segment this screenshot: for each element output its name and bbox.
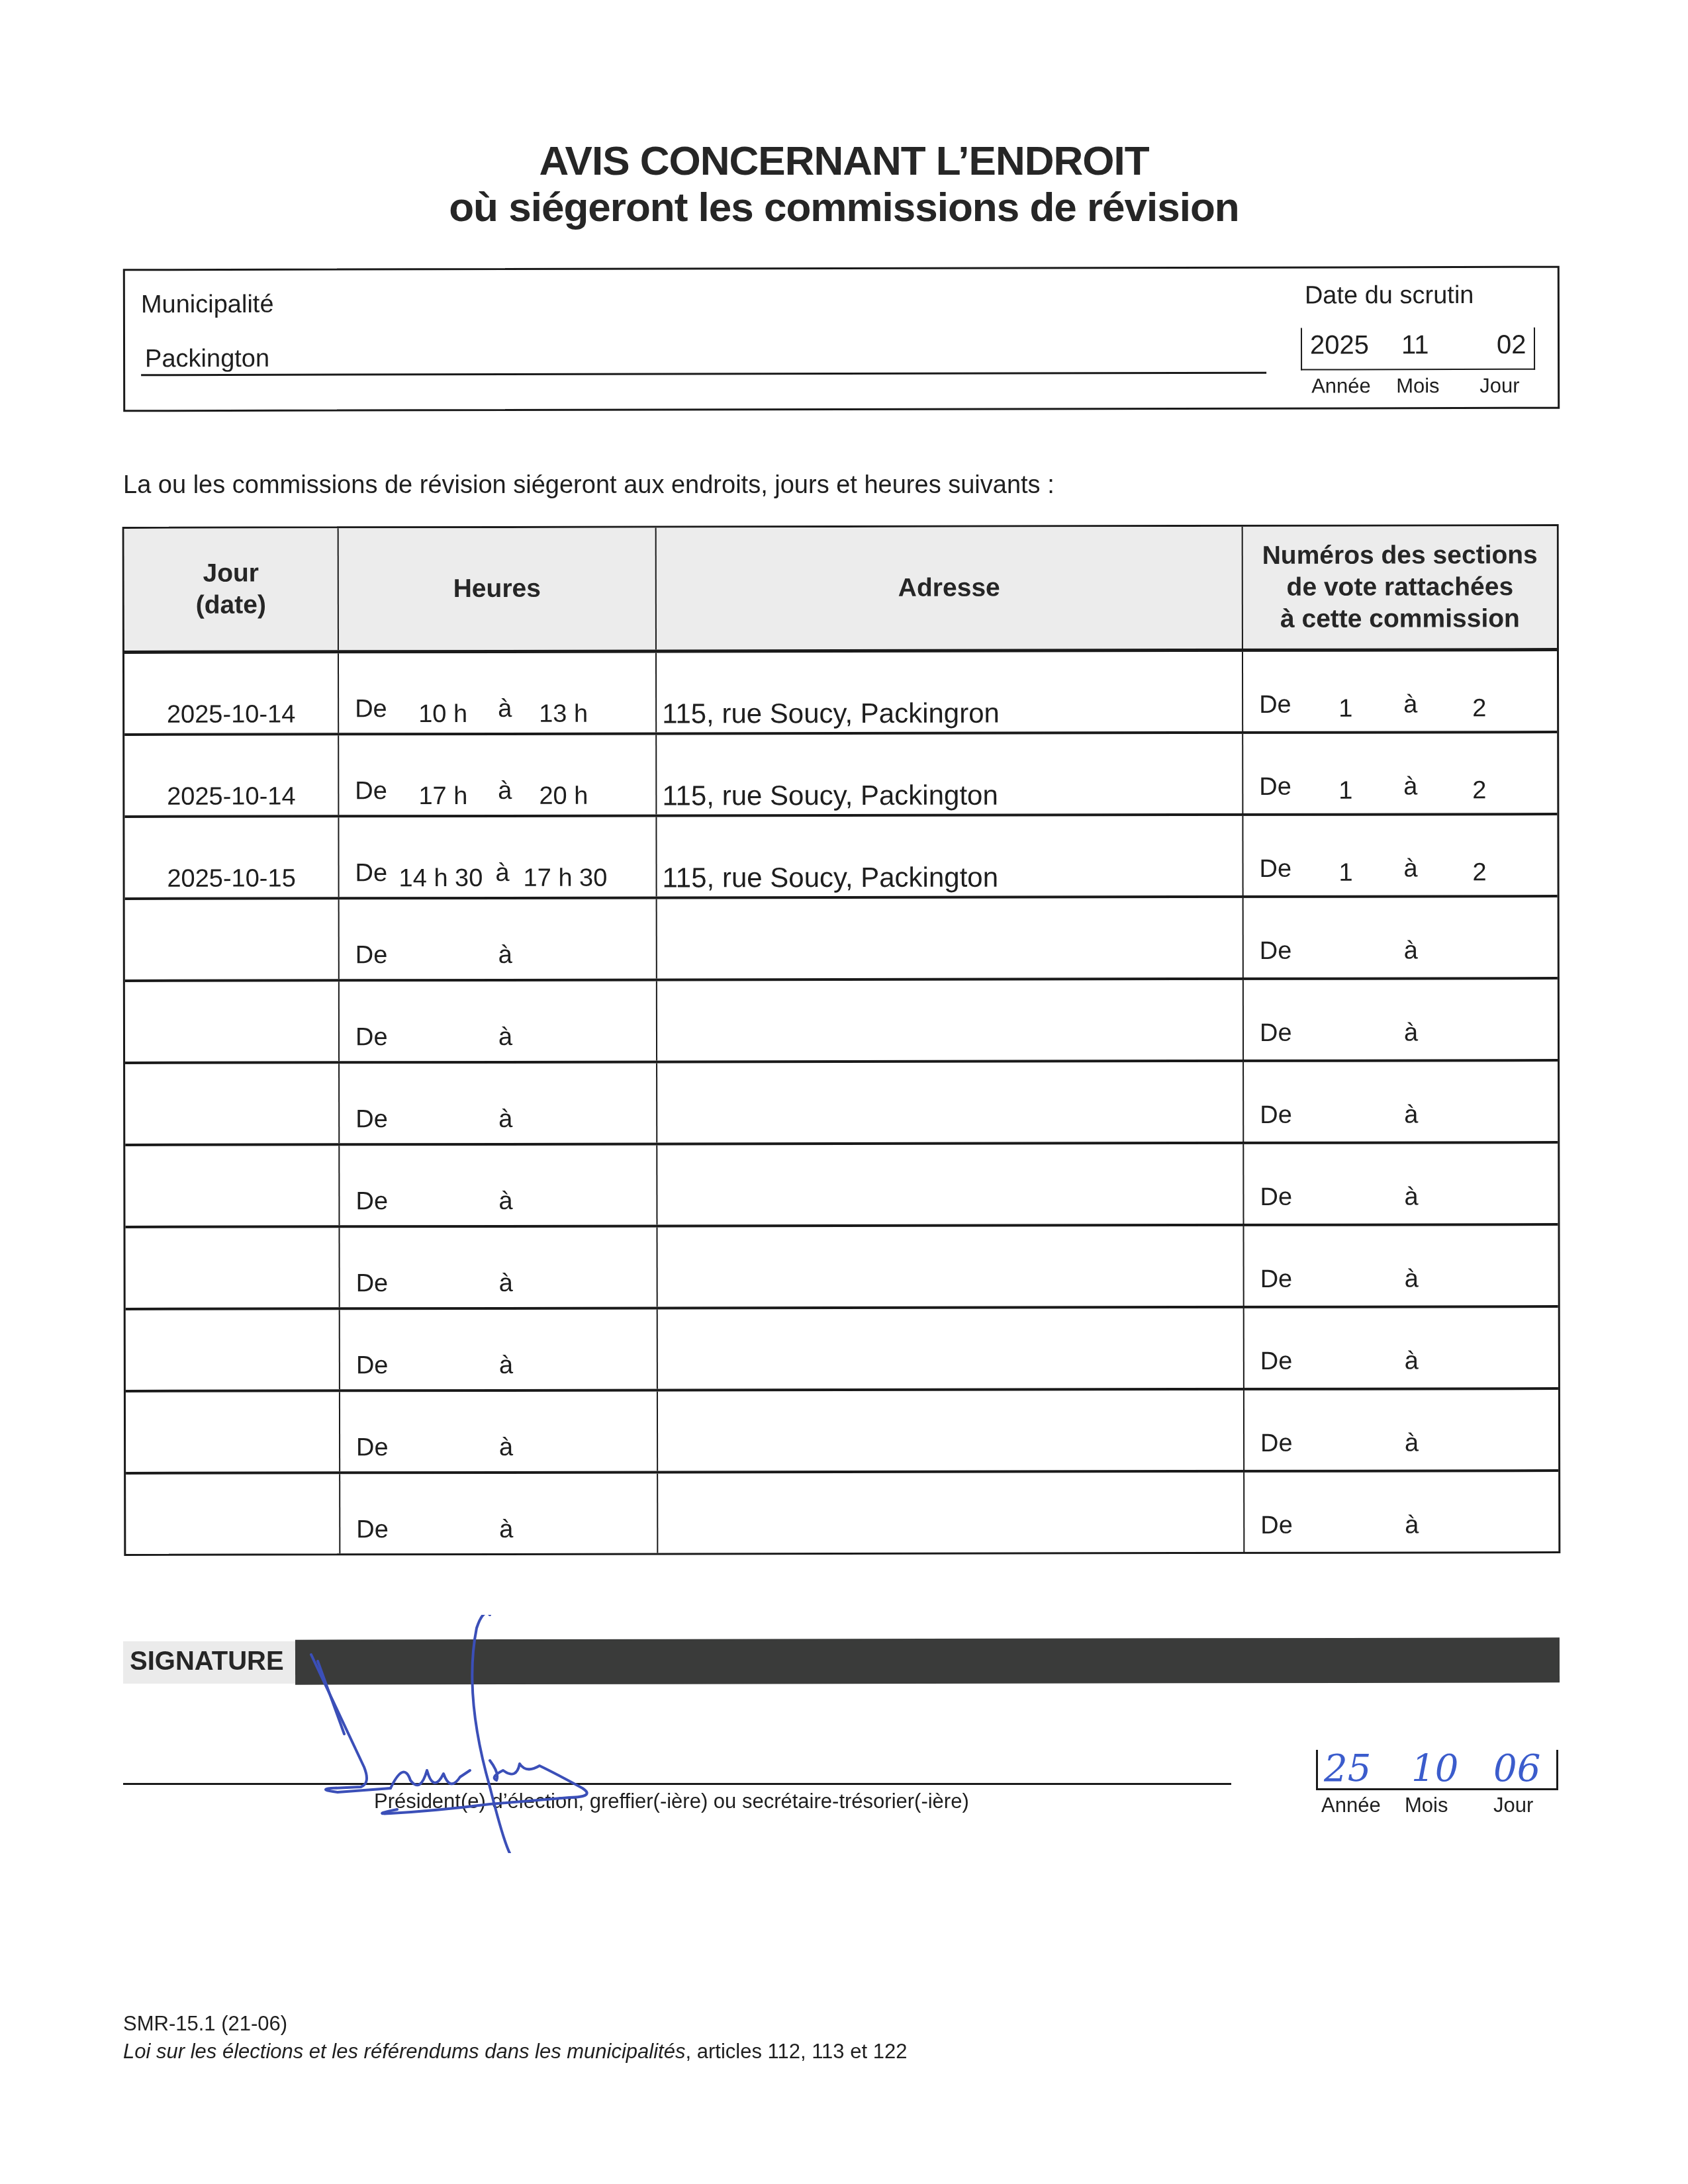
hours-to-label: à — [498, 777, 512, 805]
sections-cell[interactable]: De à — [1243, 1062, 1558, 1142]
address-cell[interactable] — [657, 1390, 1243, 1471]
signed-month-caption: Mois — [1405, 1794, 1448, 1817]
date-cell[interactable] — [126, 1474, 339, 1554]
hours-to-label: à — [498, 1023, 512, 1052]
municipality-label: Municipalité — [141, 291, 274, 319]
address-cell[interactable]: 115, rue Soucy, Packington — [655, 734, 1242, 815]
sections-to-label: à — [1404, 854, 1418, 883]
header-sections-line1: Numéros des sections — [1262, 539, 1538, 572]
address-cell[interactable]: 115, rue Soucy, Packingron — [655, 652, 1242, 733]
date-cell[interactable]: 2025-10-15 — [124, 817, 338, 897]
table-row: De à De à — [126, 1305, 1558, 1390]
date-value: 2025-10-15 — [125, 864, 338, 893]
table-row: 2025-10-14 De 10 h à 13 h 115, rue Soucy… — [124, 648, 1557, 733]
sections-cell[interactable]: De à — [1243, 1308, 1558, 1388]
hours-from-value: 14 h 30 — [399, 864, 483, 893]
hours-to-value: 20 h — [539, 782, 588, 811]
hours-to-label: à — [498, 941, 512, 970]
date-value — [125, 1057, 338, 1058]
election-day-caption: Jour — [1479, 374, 1519, 398]
hours-from-label: De — [355, 695, 387, 723]
date-value — [125, 1221, 338, 1222]
signed-year-caption: Année — [1321, 1794, 1381, 1817]
sections-to-label: à — [1405, 1265, 1419, 1293]
hours-cell[interactable]: De à — [339, 1473, 657, 1553]
election-day: 02 — [1497, 330, 1526, 360]
hours-to-label: à — [496, 859, 510, 887]
election-date-label: Date du scrutin — [1305, 281, 1474, 310]
sections-from-label: De — [1260, 1265, 1293, 1294]
table-header: Jour(date) Heures Adresse Numéros des se… — [124, 526, 1557, 651]
sections-cell[interactable]: De à — [1243, 897, 1558, 978]
date-value — [125, 975, 338, 976]
sections-to-label: à — [1404, 1101, 1418, 1129]
header-hours: Heures — [338, 527, 655, 650]
sections-to-label: à — [1404, 1183, 1418, 1211]
sections-from-label: De — [1260, 1101, 1292, 1130]
address-value: 115, rue Soucy, Packingron — [662, 698, 1000, 730]
signed-day: 06 — [1493, 1747, 1540, 1790]
sections-to-label: à — [1404, 936, 1418, 965]
hours-from-value: 17 h — [418, 782, 467, 811]
hours-cell[interactable]: De à — [338, 981, 656, 1061]
hours-to-value: 17 h 30 — [524, 864, 608, 893]
table-row: De à De à — [125, 1223, 1558, 1308]
sections-cell[interactable]: De à — [1243, 1472, 1558, 1552]
sections-cell[interactable]: De à — [1243, 1144, 1558, 1224]
law-articles: , articles 112, 113 et 122 — [685, 2040, 907, 2063]
table-row: De à De à — [125, 977, 1558, 1062]
date-value — [125, 1139, 338, 1140]
hours-from-label: De — [356, 1269, 389, 1298]
sections-cell[interactable]: De à — [1243, 1390, 1558, 1470]
signed-month: 10 — [1411, 1747, 1458, 1790]
address-cell[interactable] — [656, 1226, 1243, 1307]
hours-to-label: à — [499, 1433, 513, 1462]
hours-from-label: De — [355, 859, 388, 887]
sections-from-label: De — [1260, 855, 1292, 884]
address-cell[interactable] — [656, 1062, 1243, 1143]
handwritten-signature — [291, 1615, 715, 1853]
address-cell[interactable]: 115, rue Soucy, Packington — [655, 816, 1242, 897]
table-row: De à De à — [125, 1059, 1558, 1144]
sections-to-label: à — [1403, 772, 1417, 801]
hours-to-label: à — [499, 1516, 513, 1544]
address-value: 115, rue Soucy, Packington — [662, 780, 998, 812]
table-row: 2025-10-15 De 14 h 30 à 17 h 30 115, rue… — [124, 813, 1557, 897]
hours-cell[interactable]: De à — [339, 1391, 657, 1471]
date-cell[interactable]: 2025-10-14 — [124, 735, 338, 815]
document-subtitle: où siégeront les commissions de révision — [0, 184, 1688, 231]
signature-label: SIGNATURE — [130, 1647, 284, 1676]
sections-from-label: De — [1260, 1183, 1292, 1212]
date-value — [126, 1467, 339, 1468]
election-date-field[interactable]: 2025 11 02 — [1301, 328, 1535, 371]
sections-to-value: 2 — [1472, 694, 1486, 723]
date-value — [126, 1385, 339, 1386]
hours-cell[interactable]: De 17 h à 20 h — [338, 735, 655, 815]
hours-cell[interactable]: De à — [338, 1063, 656, 1143]
date-cell[interactable] — [125, 1064, 338, 1144]
sections-from-label: De — [1260, 1347, 1293, 1376]
sections-cell[interactable]: De à — [1243, 979, 1558, 1060]
date-cell[interactable]: 2025-10-14 — [124, 653, 338, 733]
hours-from-label: De — [356, 1433, 389, 1462]
header-address: Adresse — [655, 527, 1242, 650]
sections-from-label: De — [1260, 1019, 1292, 1048]
law-reference: Loi sur les élections et les référendums… — [123, 2040, 907, 2064]
hours-to-label: à — [499, 1351, 513, 1380]
intro-text: La ou les commissions de révision siéger… — [123, 471, 1055, 500]
address-cell[interactable] — [656, 1144, 1243, 1225]
date-value — [126, 1549, 339, 1550]
date-value: 2025-10-14 — [124, 782, 338, 811]
hours-to-label: à — [498, 1105, 512, 1134]
election-year: 2025 — [1310, 330, 1369, 360]
signed-day-caption: Jour — [1493, 1794, 1533, 1817]
address-value: 115, rue Soucy, Packington — [663, 862, 999, 894]
law-title: Loi sur les élections et les référendums… — [123, 2040, 685, 2063]
table-row: De à De à — [126, 1387, 1558, 1472]
municipality-underline — [141, 372, 1266, 377]
hours-to-label: à — [498, 1187, 512, 1216]
header-date-line2: (date) — [196, 590, 266, 621]
table-body: 2025-10-14 De 10 h à 13 h 115, rue Soucy… — [124, 648, 1558, 1554]
document-title: AVIS CONCERNANT L’ENDROIT — [0, 138, 1688, 185]
hours-cell[interactable]: De à — [338, 1227, 656, 1307]
hours-from-value: 10 h — [418, 700, 467, 729]
sections-to-label: à — [1405, 1347, 1419, 1375]
hours-cell[interactable]: De 14 h 30 à 17 h 30 — [338, 817, 655, 897]
hours-from-label: De — [355, 1023, 388, 1052]
date-cell[interactable] — [125, 899, 338, 979]
hours-to-label: à — [499, 1269, 513, 1298]
signed-year: 25 — [1324, 1747, 1371, 1790]
sections-from-label: De — [1259, 691, 1291, 719]
sections-to-label: à — [1405, 1511, 1419, 1539]
sections-cell[interactable]: De 1 à 2 — [1242, 815, 1557, 895]
address-cell[interactable] — [657, 1473, 1243, 1553]
header-sections-line2: de vote rattachées — [1262, 571, 1538, 604]
sections-to-label: à — [1403, 690, 1417, 719]
hours-cell[interactable]: De à — [338, 899, 656, 979]
header-date-line1: Jour — [196, 558, 266, 590]
hours-cell[interactable]: De à — [338, 1145, 656, 1225]
hours-from-label: De — [355, 1187, 388, 1216]
sections-from-label: De — [1260, 1512, 1293, 1540]
sections-to-label: à — [1405, 1429, 1419, 1457]
sections-to-value: 2 — [1473, 858, 1487, 887]
sections-cell[interactable]: De à — [1243, 1226, 1558, 1306]
revision-schedule-table: Jour(date) Heures Adresse Numéros des se… — [122, 524, 1561, 1556]
hours-from-label: De — [356, 1516, 389, 1544]
sections-cell[interactable]: De 1 à 2 — [1242, 651, 1557, 731]
hours-from-label: De — [356, 1351, 389, 1380]
date-value: 2025-10-14 — [124, 700, 338, 729]
election-year-caption: Année — [1311, 374, 1371, 398]
address-cell[interactable] — [656, 898, 1243, 979]
hours-cell[interactable]: De à — [339, 1309, 657, 1389]
table-row: 2025-10-14 De 17 h à 20 h 115, rue Soucy… — [124, 731, 1557, 815]
hours-to-label: à — [498, 695, 512, 723]
address-cell[interactable] — [656, 980, 1243, 1061]
header-sections-line3: à cette commission — [1262, 603, 1538, 635]
hours-from-label: De — [355, 777, 387, 805]
address-cell[interactable] — [657, 1308, 1243, 1389]
sections-to-value: 2 — [1472, 776, 1486, 805]
date-cell[interactable] — [126, 1310, 339, 1390]
date-cell[interactable] — [125, 1228, 338, 1308]
election-month-caption: Mois — [1396, 374, 1440, 398]
sections-from-label: De — [1260, 937, 1292, 966]
sections-to-label: à — [1404, 1019, 1418, 1047]
election-month: 11 — [1401, 330, 1429, 360]
date-cell[interactable] — [126, 1392, 339, 1472]
header-info-box: Municipalité Packington Date du scrutin … — [123, 266, 1560, 412]
sections-from-value: 1 — [1338, 777, 1352, 805]
sections-from-value: 1 — [1339, 859, 1353, 887]
header-sections: Numéros des sections de vote rattachées … — [1242, 526, 1557, 649]
date-cell[interactable] — [125, 981, 338, 1062]
table-row: De à De à — [125, 1141, 1558, 1226]
hours-from-label: De — [355, 941, 388, 970]
hours-from-label: De — [355, 1105, 388, 1134]
date-cell[interactable] — [125, 1146, 338, 1226]
sections-cell[interactable]: De 1 à 2 — [1242, 733, 1557, 813]
form-code: SMR-15.1 (21-06) — [123, 2012, 287, 2036]
hours-cell[interactable]: De 10 h à 13 h — [338, 653, 655, 733]
date-value — [126, 1303, 339, 1304]
table-row: De à De à — [125, 895, 1558, 979]
sections-from-label: De — [1259, 773, 1291, 801]
municipality-field[interactable]: Packington — [145, 345, 269, 373]
header-date: Jour(date) — [124, 528, 338, 651]
table-row: De à De à — [126, 1469, 1558, 1554]
sections-from-label: De — [1260, 1430, 1293, 1458]
hours-to-value: 13 h — [539, 700, 588, 729]
sections-from-value: 1 — [1338, 695, 1352, 723]
